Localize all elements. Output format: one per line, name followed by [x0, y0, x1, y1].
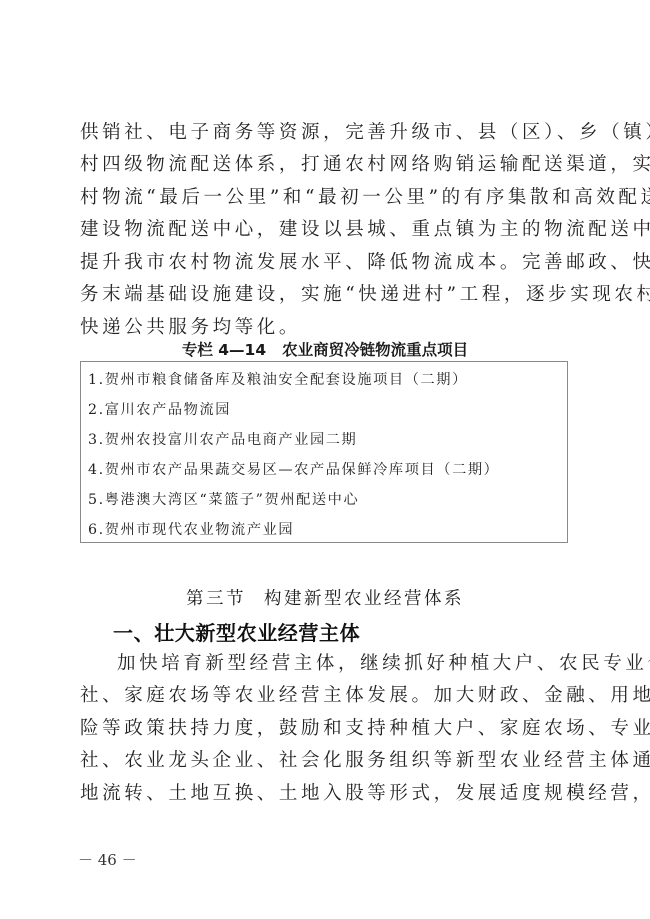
project-item: 2.富川农产品物流园: [88, 395, 231, 425]
paragraph-line: 地流转、土地互换、土地入股等形式，发展适度规模经营，提升: [80, 778, 572, 810]
paragraph-line: 社、农业龙头企业、社会化服务组织等新型农业经营主体通过土: [80, 745, 572, 777]
box-caption-number: 专栏 4—14: [182, 341, 266, 359]
paragraph-line: 提升我市农村物流发展水平、降低物流成本。完善邮政、快递服: [80, 247, 572, 279]
box-caption-title: 农业商贸冷链物流重点项目: [282, 341, 468, 359]
section-title: 构建新型农业经营体系: [264, 589, 464, 609]
project-item: 6.贺州市现代农业物流产业园: [88, 515, 294, 545]
paragraph-line: 村四级物流配送体系，打通农村网络购销运输配送渠道，实现农: [80, 149, 572, 181]
project-item: 1.贺州市粮食储备库及粮油安全配套设施项目（二期）: [88, 365, 468, 395]
project-item: 3.贺州农投富川农产品电商产业园二期: [88, 425, 357, 455]
project-item: 5.粤港澳大湾区“菜篮子”贺州配送中心: [88, 485, 359, 515]
box-caption: 专栏 4—14农业商贸冷链物流重点项目: [80, 340, 570, 360]
document-page: 供销社、电子商务等资源，完善升级市、县（区）、乡（镇）、 村四级物流配送体系，打…: [0, 0, 650, 919]
section-heading: 第三节构建新型农业经营体系: [80, 584, 570, 614]
paragraph-line: 村物流“最后一公里”和“最初一公里”的有序集散和高效配送。统筹: [80, 182, 572, 214]
paragraph-line: 社、家庭农场等农业经营主体发展。加大财政、金融、用地、保: [80, 680, 572, 712]
section-number: 第三节: [186, 589, 246, 609]
paragraph-line: 加快培育新型经营主体，继续抓好种植大户、农民专业合作: [117, 648, 572, 680]
page-number: － 46 －: [78, 848, 137, 872]
paragraph-line: 务末端基础设施建设，实施“快递进村”工程，逐步实现农村邮政、: [80, 279, 572, 311]
paragraph-line: 险等政策扶持力度，鼓励和支持种植大户、家庭农场、专业合作: [80, 713, 572, 745]
project-list-box: 1.贺州市粮食储备库及粮油安全配套设施项目（二期） 2.富川农产品物流园 3.贺…: [80, 361, 568, 543]
paragraph-line: 建设物流配送中心，建设以县城、重点镇为主的物流配送中心，: [80, 214, 572, 246]
project-item: 4.贺州市农产品果蔬交易区—农产品保鲜冷库项目（二期）: [88, 455, 499, 485]
subsection-heading: 一、壮大新型农业经营主体: [113, 618, 360, 648]
paragraph-line: 供销社、电子商务等资源，完善升级市、县（区）、乡（镇）、: [80, 117, 572, 149]
